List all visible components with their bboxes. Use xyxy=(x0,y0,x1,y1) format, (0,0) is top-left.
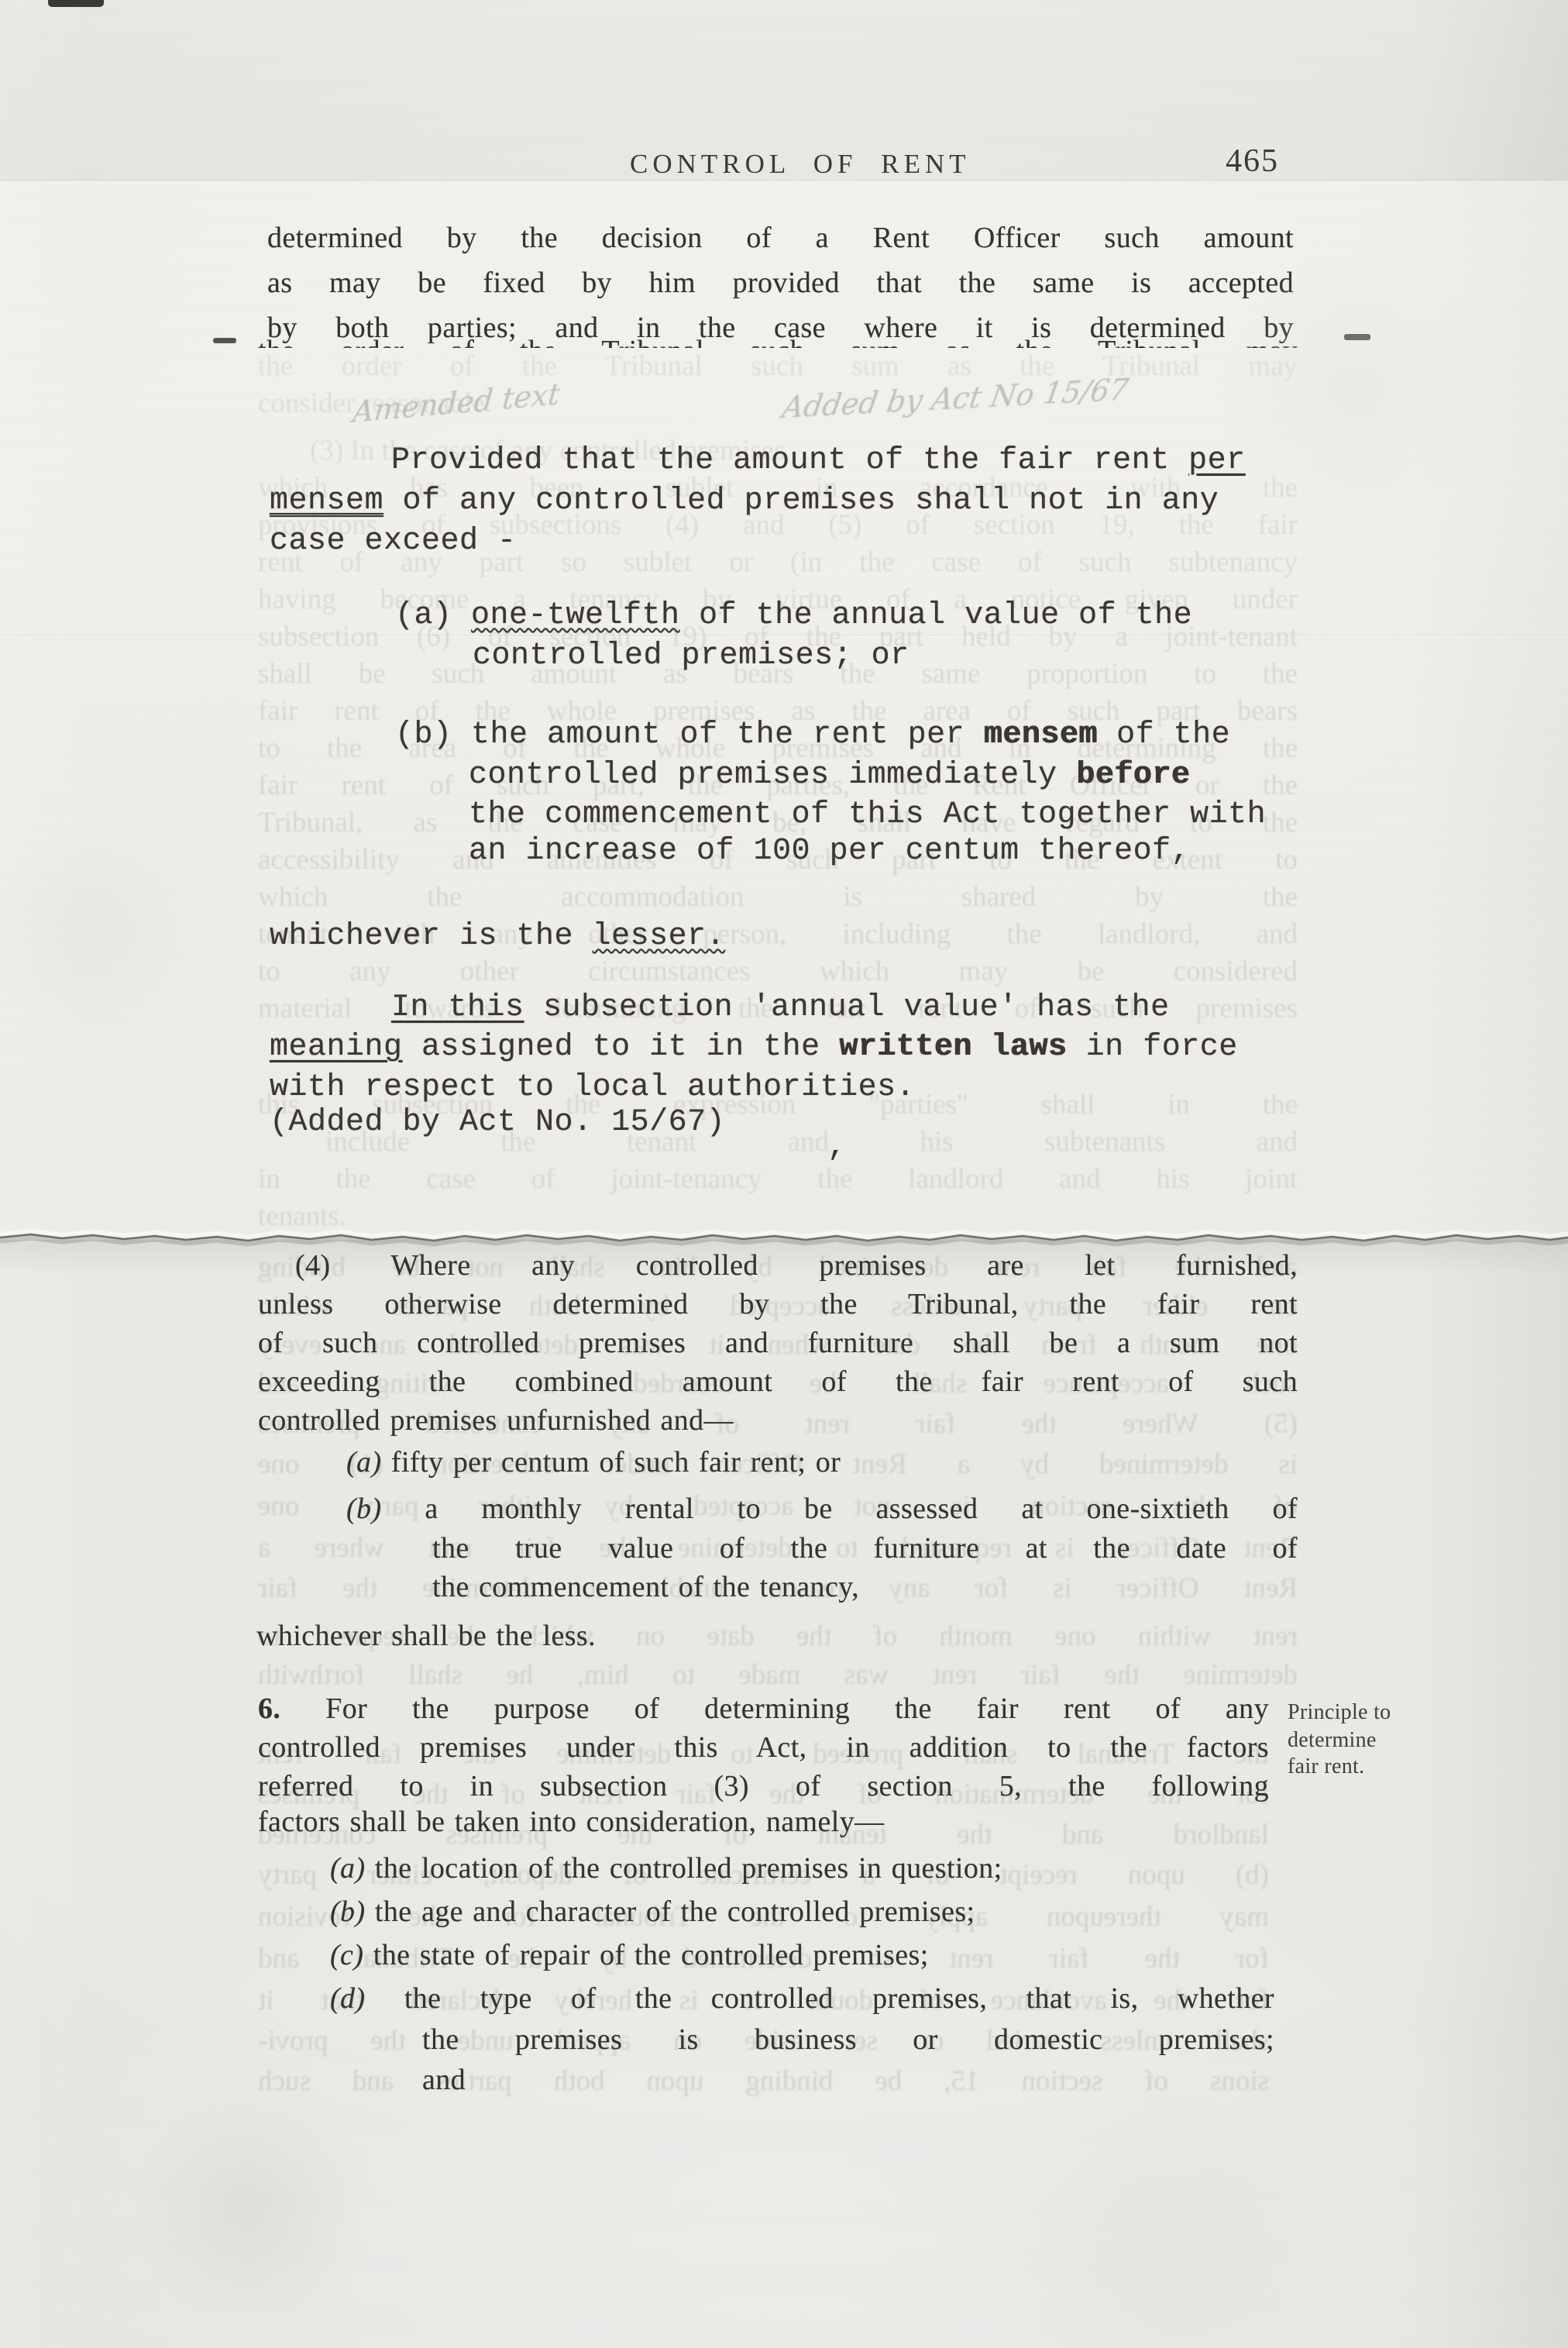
typed-underlined-word: mensem xyxy=(270,484,383,518)
slip-crease xyxy=(0,635,1568,637)
sec6-item-c: (c) the state of repair of the controlle… xyxy=(330,1936,929,1974)
item-text: the type of the controlled premises, tha… xyxy=(366,1982,1274,2015)
crease-dash-left xyxy=(213,338,236,343)
sub4-item-b: (b) a monthly rental to be assessed at o… xyxy=(346,1489,1298,1528)
typed-text: subsection 'annual value' has the xyxy=(524,990,1170,1025)
sec6-item-d-line: the premises is business or domestic pre… xyxy=(422,2020,1274,2059)
typed-line: whichever is the lesser. xyxy=(270,919,725,954)
typed-text: the amount of the rent per xyxy=(471,718,984,752)
typed-text: of the annual value of the xyxy=(680,598,1193,633)
typed-comma-artifact: , xyxy=(827,1130,847,1165)
sub4-closing: whichever shall be the less. xyxy=(256,1616,596,1655)
typed-item-marker: (a) xyxy=(395,598,471,633)
item-text: the age and character of the controlled … xyxy=(366,1895,975,1928)
sec6-line: factors shall be taken into consideratio… xyxy=(258,1802,885,1841)
covered-line-clipped: the order of the Tribunal such sum as th… xyxy=(258,332,1298,348)
item-marker: (b) xyxy=(346,1492,382,1525)
typed-text: of the xyxy=(1098,718,1231,752)
scanned-document-page: the order of the Tribunal such sum as th… xyxy=(0,0,1568,2348)
sub4-item-b-line: the true value of the furniture at the d… xyxy=(432,1529,1298,1568)
typed-underlined-word: lesser. xyxy=(593,919,726,954)
typed-text: in force xyxy=(1067,1030,1238,1065)
covered-line-text: the order of the Tribunal such sum as th… xyxy=(258,332,1298,348)
sec6-line: 6. For the purpose of determining the fa… xyxy=(258,1689,1269,1728)
sub4-line: exceeding the combined amount of the fai… xyxy=(258,1362,1298,1401)
sub4-item-a: (a) fifty per centum of such fair rent; … xyxy=(346,1443,841,1482)
sec6-item-d: (d) the type of the controlled premises,… xyxy=(330,1979,1274,2018)
section-number: 6. xyxy=(258,1692,280,1725)
typed-bold-word: before xyxy=(1076,758,1190,793)
typed-item-marker: (b) xyxy=(395,718,471,752)
item-text: fifty per centum of such fair rent; or xyxy=(382,1446,841,1479)
typed-line: In this subsection 'annual value' has th… xyxy=(391,990,1170,1025)
sub4-line: of such controlled premises and furnitur… xyxy=(258,1324,1298,1362)
typed-source-note: (Added by Act No. 15/67) xyxy=(270,1105,725,1140)
typed-text: of any controlled premises shall not in … xyxy=(383,484,1219,518)
item-text: a monthly rental to be assessed at one-s… xyxy=(382,1492,1298,1525)
item-marker: (c) xyxy=(330,1939,363,1971)
sec6-item-d-line: and xyxy=(422,2061,466,2099)
typed-text: assigned to it in the xyxy=(403,1030,840,1065)
typed-item-b: (b) the amount of the rent per mensem of… xyxy=(395,718,1230,752)
sub4-line: (4) Where any controlled premises are le… xyxy=(258,1246,1298,1285)
margin-note-line: fair rent. xyxy=(1288,1753,1364,1781)
typed-line: mensem of any controlled premises shall … xyxy=(270,484,1219,518)
sub4-line: controlled premises unfurnished and— xyxy=(258,1401,734,1440)
item-marker: (d) xyxy=(330,1982,366,2015)
typed-text: controlled premises immediately xyxy=(469,758,1076,793)
sub4-line: unless otherwise determined by the Tribu… xyxy=(258,1285,1298,1324)
item-marker: (a) xyxy=(346,1446,382,1479)
typed-bold-word: written laws xyxy=(839,1030,1067,1065)
typed-line: controlled premises; or xyxy=(473,639,910,673)
scan-edge-artifact xyxy=(48,0,104,7)
typed-item-a: (a) one-twelfth of the annual value of t… xyxy=(395,598,1192,633)
typed-text: whichever is the xyxy=(270,919,593,954)
typed-line: an increase of 100 per centum thereof, xyxy=(469,834,1190,869)
margin-note-line: determine xyxy=(1288,1727,1377,1754)
typed-underlined-word: per xyxy=(1188,443,1246,478)
item-marker: (b) xyxy=(330,1895,366,1928)
typed-line: controlled premises immediately before xyxy=(469,758,1190,793)
typed-line: with respect to local authorities. xyxy=(270,1070,915,1105)
page-number: 465 xyxy=(1226,143,1279,180)
typed-underlined-word: one-twelfth xyxy=(471,598,680,633)
margin-note-line: Principle to xyxy=(1288,1699,1391,1727)
sec6-line: referred to in subsection (3) of section… xyxy=(258,1767,1269,1806)
sec6-item-a: (a) the location of the controlled premi… xyxy=(330,1849,1002,1888)
sec6-line: controlled premises under this Act, in a… xyxy=(258,1728,1269,1767)
section-text: For the purpose of determining the fair … xyxy=(280,1692,1269,1725)
typed-underlined-word: In this xyxy=(391,990,524,1025)
item-marker: (a) xyxy=(330,1852,366,1885)
typed-text: Provided that the amount of the fair ren… xyxy=(391,443,1188,478)
intro-line: as may be fixed by him provided that the… xyxy=(267,263,1294,302)
typed-bold-word: mensem xyxy=(984,718,1098,752)
item-text: the state of repair of the controlled pr… xyxy=(363,1939,928,1971)
typed-line: meaning assigned to it in the written la… xyxy=(270,1030,1238,1065)
sub4-item-b-line: the commencement of the tenancy, xyxy=(432,1568,859,1606)
typed-line: case exceed - xyxy=(270,524,517,559)
typed-underlined-word: meaning xyxy=(270,1030,403,1065)
crease-dash-right xyxy=(1344,334,1370,340)
typed-line: Provided that the amount of the fair ren… xyxy=(391,443,1246,478)
intro-line: determined by the decision of a Rent Off… xyxy=(267,219,1294,257)
typed-line: the commencement of this Act together wi… xyxy=(469,797,1266,832)
ghost-text-line: determine the fair rent was made to him,… xyxy=(258,1658,1298,1692)
sec6-item-b: (b) the age and character of the control… xyxy=(330,1892,975,1931)
ghost-text-line: sions of section 15, be binding upon bot… xyxy=(258,2064,1269,2098)
page-header-title: CONTROL OF RENT xyxy=(630,149,971,180)
item-text: the location of the controlled premises … xyxy=(366,1852,1002,1885)
